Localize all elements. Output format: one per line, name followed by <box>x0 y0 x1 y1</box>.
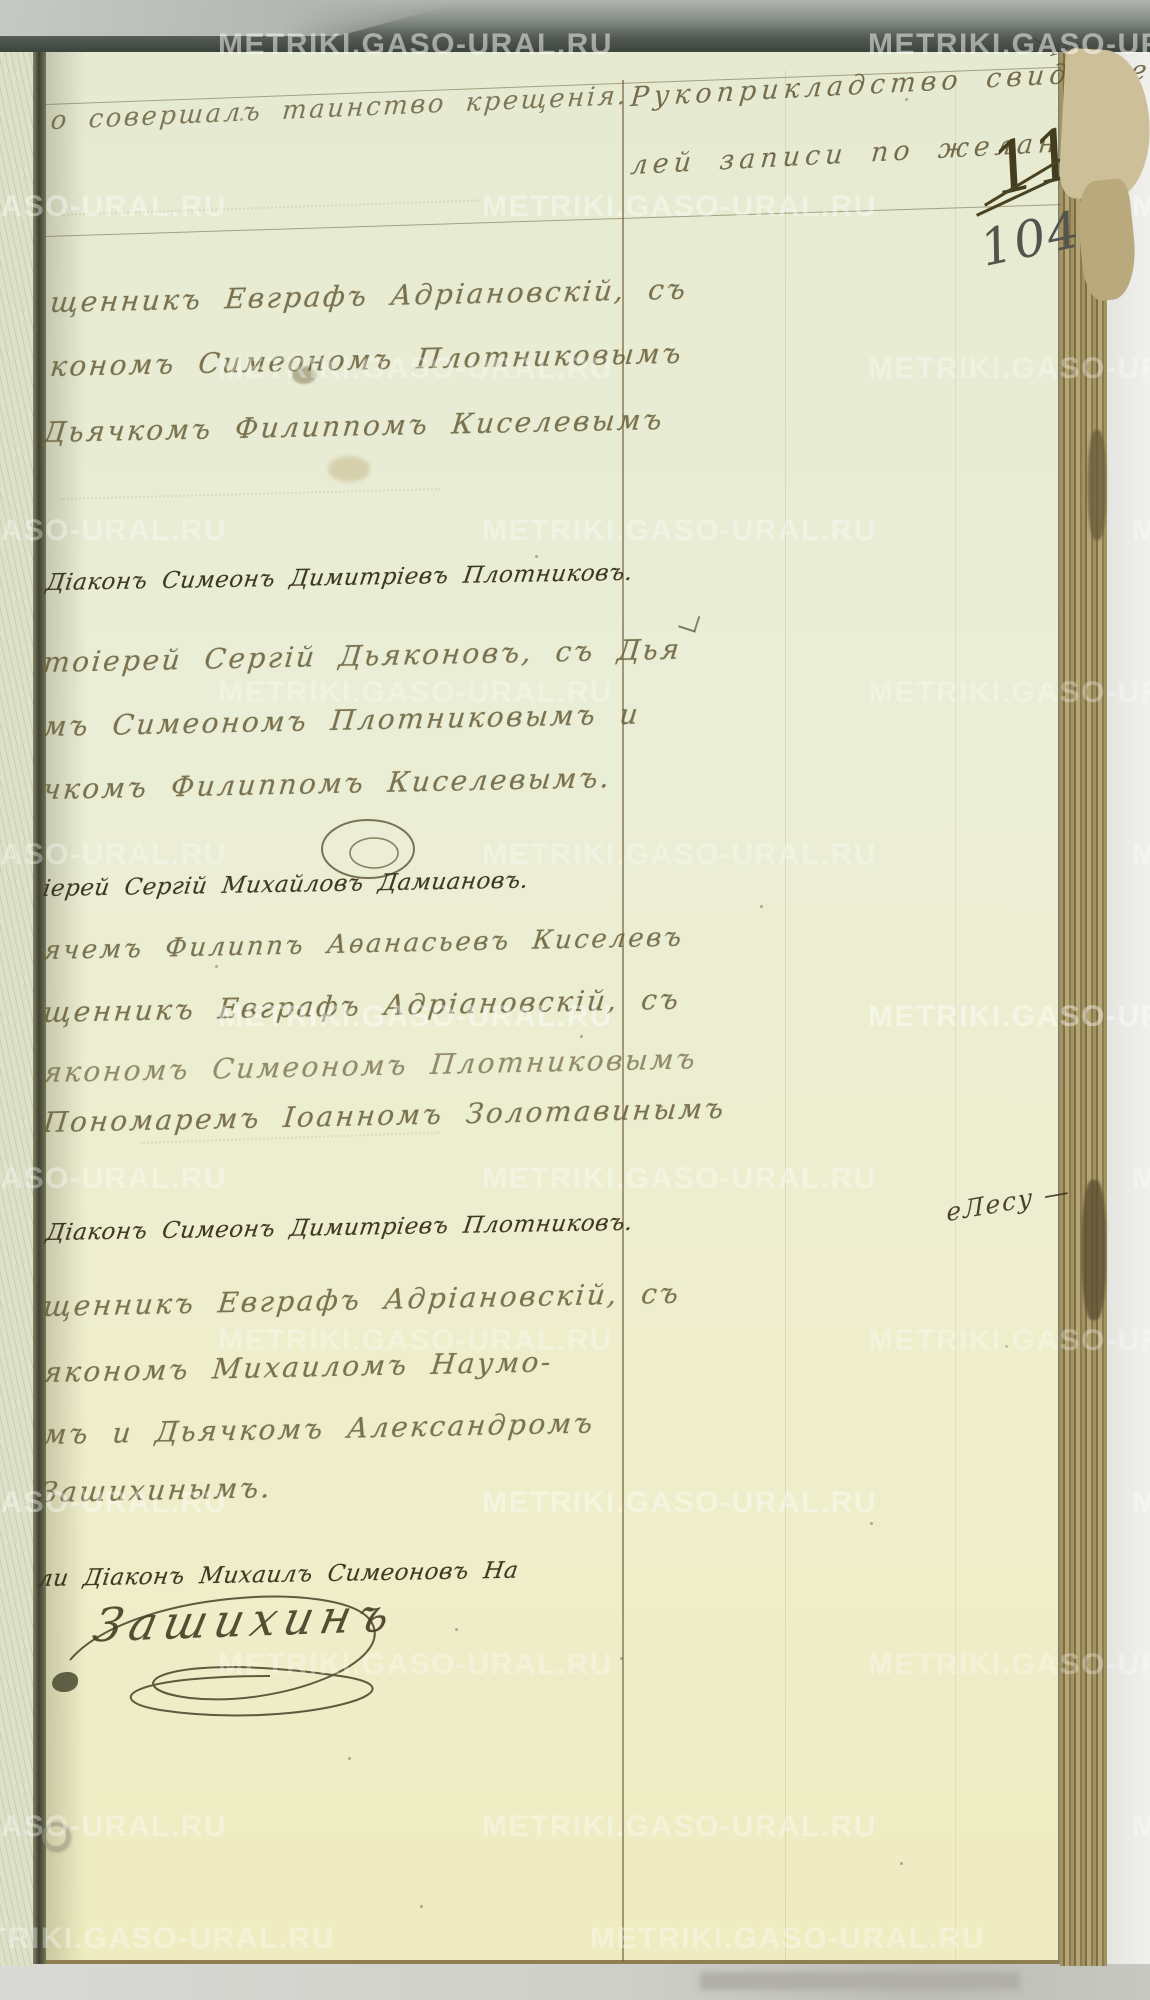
paper-speck <box>580 1035 583 1038</box>
scanner-background-right <box>1106 26 1150 2000</box>
paper-speck <box>420 1905 423 1908</box>
entry4-line4: Зашихинымъ. <box>39 1471 274 1509</box>
book-fore-edge <box>1060 44 1107 1966</box>
previous-page-edge <box>0 38 33 1966</box>
bleed-through-rule <box>785 70 786 1960</box>
paper-blemish-ring <box>42 1822 70 1850</box>
fore-edge-stain <box>1082 1180 1106 1320</box>
signature-swash <box>40 1580 600 1720</box>
paper-speck <box>620 1657 623 1660</box>
bleed-through-rule <box>955 70 956 1960</box>
metrical-book-scan: о совершалъ таинство крещенія. Рукоприкл… <box>0 0 1150 2000</box>
scanner-shadow-smudge <box>700 1972 1020 1990</box>
paper-speck <box>760 905 763 908</box>
paper-speck <box>900 1862 903 1865</box>
paper-speck <box>870 1522 873 1525</box>
rust-stain <box>328 456 370 482</box>
paper-speck <box>535 555 538 558</box>
fore-edge-stain <box>1088 430 1106 540</box>
paper-speck <box>348 1757 351 1760</box>
paper-speck <box>215 965 218 968</box>
paper-speck <box>1005 1345 1008 1348</box>
